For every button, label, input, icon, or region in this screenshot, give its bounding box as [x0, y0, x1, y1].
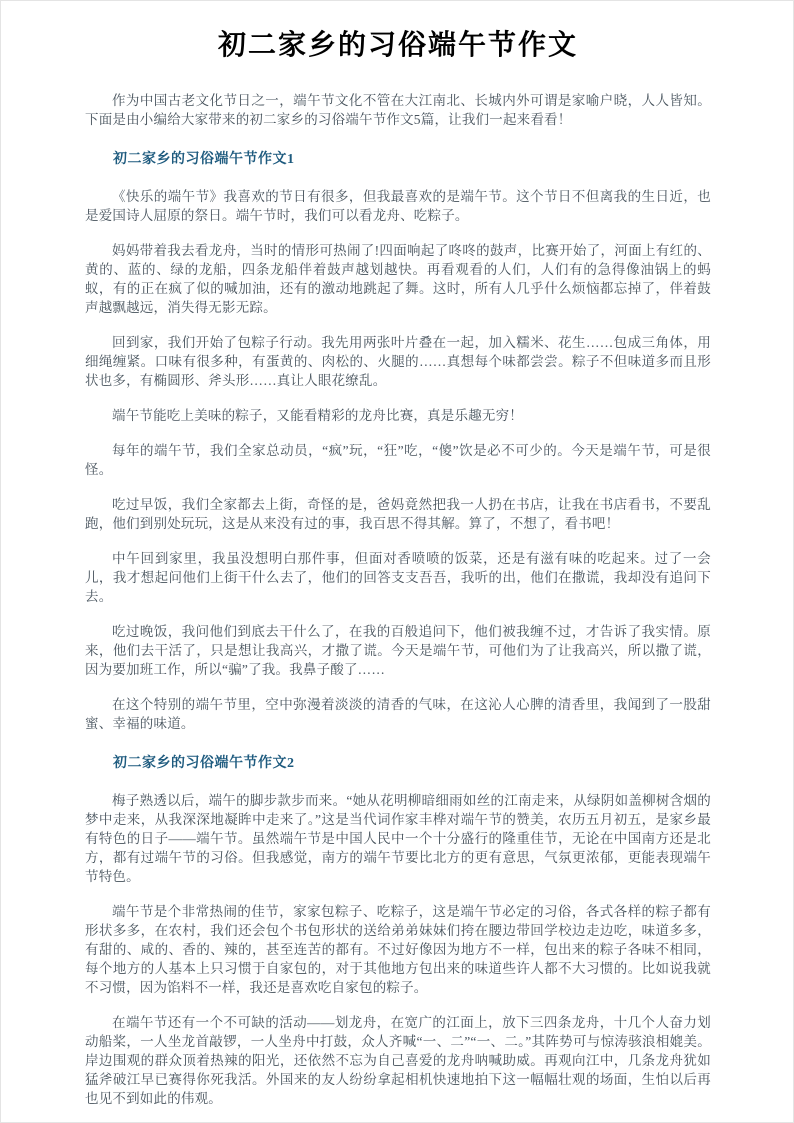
body-paragraph: 吃过晚饭，我问他们到底去干什么了，在我的百般追问下，他们被我缠不过，才告诉了我实…	[85, 622, 711, 679]
body-paragraph: 端午节能吃上美味的粽子，又能看精彩的龙舟比赛，真是乐趣无穷！	[85, 406, 711, 425]
intro-paragraph: 作为中国古老文化节日之一，端午节文化不管在大江南北、长城内外可谓是家喻户晓，人人…	[85, 91, 711, 129]
body-paragraph: 妈妈带着我去看龙舟，当时的情形可热闹了!四面响起了咚咚的鼓声，比赛开始了，河面上…	[85, 241, 711, 317]
body-paragraph: 中午回到家里，我虽没想明白那件事，但面对香喷喷的饭菜，还是有滋有味的吃起来。过了…	[85, 549, 711, 606]
document-body: 初二家乡的习俗端午节作文1《快乐的端午节》我喜欢的节日有很多，但我最喜欢的是端午…	[85, 151, 711, 1108]
section-heading: 初二家乡的习俗端午节作文1	[85, 151, 711, 169]
body-paragraph: 在这个特别的端午节里，空中弥漫着淡淡的清香的气味，在这沁人心脾的清香里，我闻到了…	[85, 695, 711, 733]
body-paragraph: 回到家，我们开始了包粽子行动。我先用两张叶片叠在一起，加入糯米、花生……包成三角…	[85, 333, 711, 390]
body-paragraph: 在端午节还有一个不可缺的活动——划龙舟，在宽广的江面上，放下三四条龙舟，十几个人…	[85, 1013, 711, 1108]
body-paragraph: 端午节是个非常热闹的佳节，家家包粽子、吃粽子，这是端午节必定的习俗，各式各样的粽…	[85, 902, 711, 997]
page-title: 初二家乡的习俗端午节作文	[85, 29, 711, 63]
body-paragraph: 梅子熟透以后，端午的脚步款步而来。“她从花明柳暗细雨如丝的江南走来，从绿阴如盖柳…	[85, 791, 711, 886]
body-paragraph: 每年的端午节，我们全家总动员，“疯”玩，“狂”吃，“傻”饮是必不可少的。今天是端…	[85, 441, 711, 479]
section-heading: 初二家乡的习俗端午节作文2	[85, 755, 711, 773]
document-page: 初二家乡的习俗端午节作文 作为中国古老文化节日之一，端午节文化不管在大江南北、长…	[0, 0, 794, 1123]
body-paragraph: 吃过早饭，我们全家都去上街，奇怪的是，爸妈竟然把我一人扔在书店，让我在书店看书，…	[85, 495, 711, 533]
body-paragraph: 《快乐的端午节》我喜欢的节日有很多，但我最喜欢的是端午节。这个节日不但离我的生日…	[85, 187, 711, 225]
